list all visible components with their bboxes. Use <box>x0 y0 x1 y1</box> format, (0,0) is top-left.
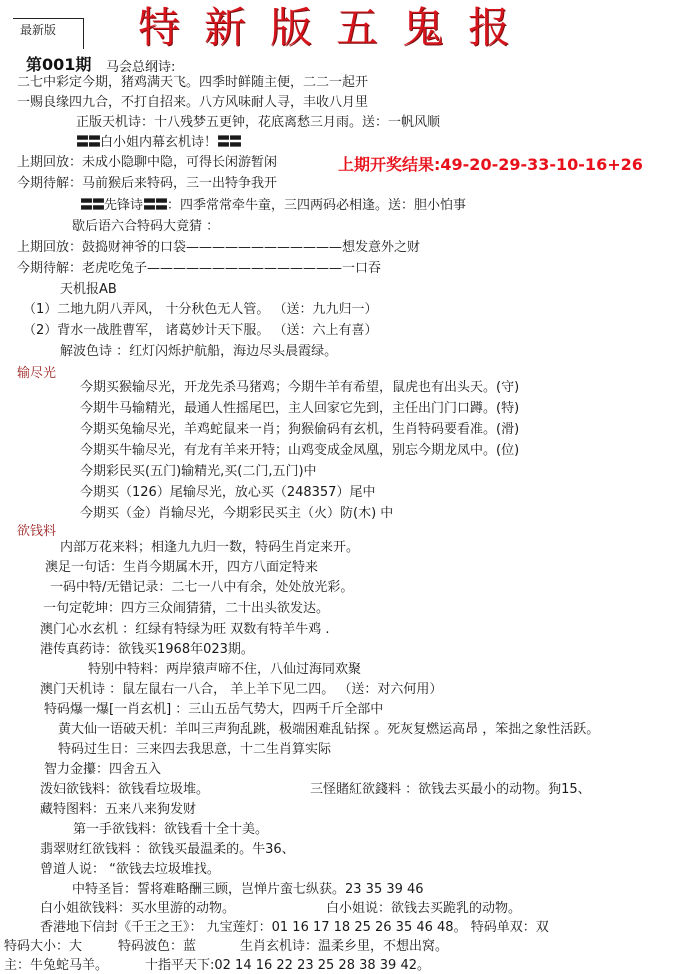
edition-tag-label: 最新版 <box>20 21 56 38</box>
money-line-18: 中特圣旨：誓将难略酬三顾，岂惮片蛮七纵获。23 35 39 46 <box>72 882 424 898</box>
last-draw-result: 上期开奖结果:49-20-29-33-10-16+26 <box>338 152 643 175</box>
money-line-21a: 特码大小：大 <box>4 939 82 955</box>
intro-line-7: 〓〓先锋诗〓〓：四季常常牵牛童，三四两码必相逢。送：胆小怕事 <box>80 198 466 214</box>
intro-line-10: 今期待解：老虎吃兔子———————————————一口吞 <box>17 261 381 277</box>
lose-line: 今期买（金）肖输尽光，今期彩民买主（火）防(木) 中 <box>80 506 393 522</box>
money-line-14: 藏特图料：五来八来狗发财 <box>40 802 196 818</box>
decorative-bars: 〓〓 <box>217 135 241 150</box>
intro-line-14: 解波色诗 ：红灯闪烁护航船，海边尽头晨霞绿。 <box>60 344 337 360</box>
intro-line-5: 上期回放：未成小隐聊中隐，可得长闲游暂闲 <box>17 155 277 171</box>
section-heading-lose: 输尽光 <box>17 362 56 381</box>
inner-verse-title: 白小姐内幕玄机诗！ <box>100 135 217 150</box>
lose-line: 今期买兔输尽光，羊鸡蛇鼠来一肖；狗猴偷码有玄机，生肖特码要看准。(滑) <box>80 422 519 438</box>
lose-line: 今期牛马输精光，最通人性摇尾巴，主人回家它先到，主任出门门口蹲。(特) <box>80 401 519 417</box>
lose-line: 今期买猴输尽光，开龙先杀马猪鸡；今期牛羊有希望，鼠虎也有出头天。(守) <box>80 380 519 396</box>
money-line-2: 澳足一句话：生肖今期属木开，四方八面定特来 <box>45 560 318 576</box>
money-line-21b: 特码波色：蓝 <box>118 939 196 955</box>
money-line-19a: 白小姐欲钱料：买水里游的动物。 <box>40 901 235 917</box>
issue-number: 第001期 <box>26 52 91 75</box>
intro-line-2: 一赐良缘四九合，不打自招来。八方风味耐人寻，丰收八月里 <box>17 95 368 111</box>
money-line-12: 智力金攥：四舍五入 <box>44 762 161 778</box>
money-line-22b: 十指平天下:02 14 16 22 23 25 28 38 39 42。 <box>145 958 430 974</box>
intro-line-6: 今期待解：马前猴后来特码，三一出特争我开 <box>17 176 277 192</box>
lose-line: 今期彩民买(五门)输精光,买(二门,五门)中 <box>80 464 317 480</box>
money-line-4: 一句定乾坤：四方三众闹猜猜，二十出头欲发达。 <box>43 601 329 617</box>
intro-line-3: 正版天机诗：十八残梦五更钟，花底离愁三月雨。送：一帆风顺 <box>76 115 440 131</box>
money-line-7: 特别中特料：两岸猿声啼不住，八仙过海同欢聚 <box>88 662 361 678</box>
lose-line: 今期买（126）尾输尽光，放心买（248357）尾中 <box>80 485 375 501</box>
intro-line-4: 〓〓白小姐内幕玄机诗！〓〓 <box>76 135 241 151</box>
money-line-8: 澳门天机诗 ：鼠左鼠右一八合， 羊上羊下见二四。 （送：对六何用） <box>40 682 442 698</box>
money-line-13b: 三怪賭紅欲錢料 ：欲钱去买最小的动物。狗15、 <box>310 782 591 798</box>
money-line-10: 黄大仙一语破天机：羊叫三声狗乱跳，极端困难乱钻探 。死灰复燃运高昂 ，笨拙之象性… <box>58 722 599 738</box>
edition-tag: 最新版 <box>13 18 84 49</box>
vanguard-verse-title: 先锋诗 <box>104 198 143 213</box>
section-heading-money: 欲钱料 <box>17 520 56 539</box>
money-line-3: 一码中特/无错记录：二七一八中有余，处处放光彩。 <box>50 580 353 596</box>
money-line-11: 特码过生日：三来四去我思意，十二生肖算实际 <box>58 742 331 758</box>
page-title: 特新版五鬼报 <box>138 2 534 54</box>
intro-line-13: （2）背水一战胜曹军， 诸葛妙计天下服。 （送：六上有喜） <box>23 323 378 339</box>
money-line-9: 特码爆一爆[一肖玄机] ：三山五岳气势大，四两千斤全部中 <box>44 702 383 718</box>
decorative-bars: 〓〓 <box>80 198 104 213</box>
intro-line-11: 天机报AB <box>60 282 117 298</box>
intro-line-1: 二七中彩定今期，猪鸡满天飞。四季时鲜随主便，二二一起开 <box>17 75 368 91</box>
decorative-bars: 〓〓 <box>76 135 100 150</box>
intro-line-9: 上期回放：鼓捣财神爷的口袋————————————想发意外之财 <box>17 240 420 256</box>
money-line-20: 香港地下信封《千王之王》： 九宝莲灯：01 16 17 18 25 26 35 … <box>40 920 549 936</box>
money-line-22a: 主：牛兔蛇马羊。 <box>4 958 108 974</box>
money-line-15: 第一手欲钱料：欲钱看十全十美。 <box>73 822 268 838</box>
lose-line: 今期买牛输尽光，有龙有羊来开特；山鸡变成金凤凰，别忘今期龙凤中。(位) <box>80 443 519 459</box>
money-line-13a: 泼妇欲钱料：欲钱看垃圾堆。 <box>40 782 209 798</box>
intro-line-12: （1）二地九阴八弄风， 十分秋色无人管。 （送：九九归一） <box>23 302 378 318</box>
money-line-5: 澳门心水玄机 ：红绿有特绿为旺 双数有特羊牛鸡 . <box>40 622 330 638</box>
money-line-21c: 生肖玄机诗：温柔乡里，不想出窝。 <box>240 939 448 955</box>
issue-subtitle: 马会总纲诗: <box>106 56 175 75</box>
money-line-6: 港传真药诗：欲钱买1968年023期。 <box>40 642 254 658</box>
vanguard-verse-text: ：四季常常牵牛童，三四两码必相逢。送：胆小怕事 <box>167 198 466 213</box>
money-line-1: 内部万花来料；相逢九九归一数，特码生肖定来开。 <box>60 540 359 556</box>
money-line-17: 曾道人说： “欲钱去垃圾堆找。 <box>40 862 220 878</box>
intro-line-8: 歇后语六合特码大竟猜 ： <box>72 219 219 235</box>
money-line-19b: 白小姐说：欲钱去买跪乳的动物。 <box>326 901 521 917</box>
money-line-16: 翡翠财红欲钱料 ：欲钱买最温柔的。牛36、 <box>40 842 295 858</box>
decorative-bars: 〓〓 <box>143 198 167 213</box>
